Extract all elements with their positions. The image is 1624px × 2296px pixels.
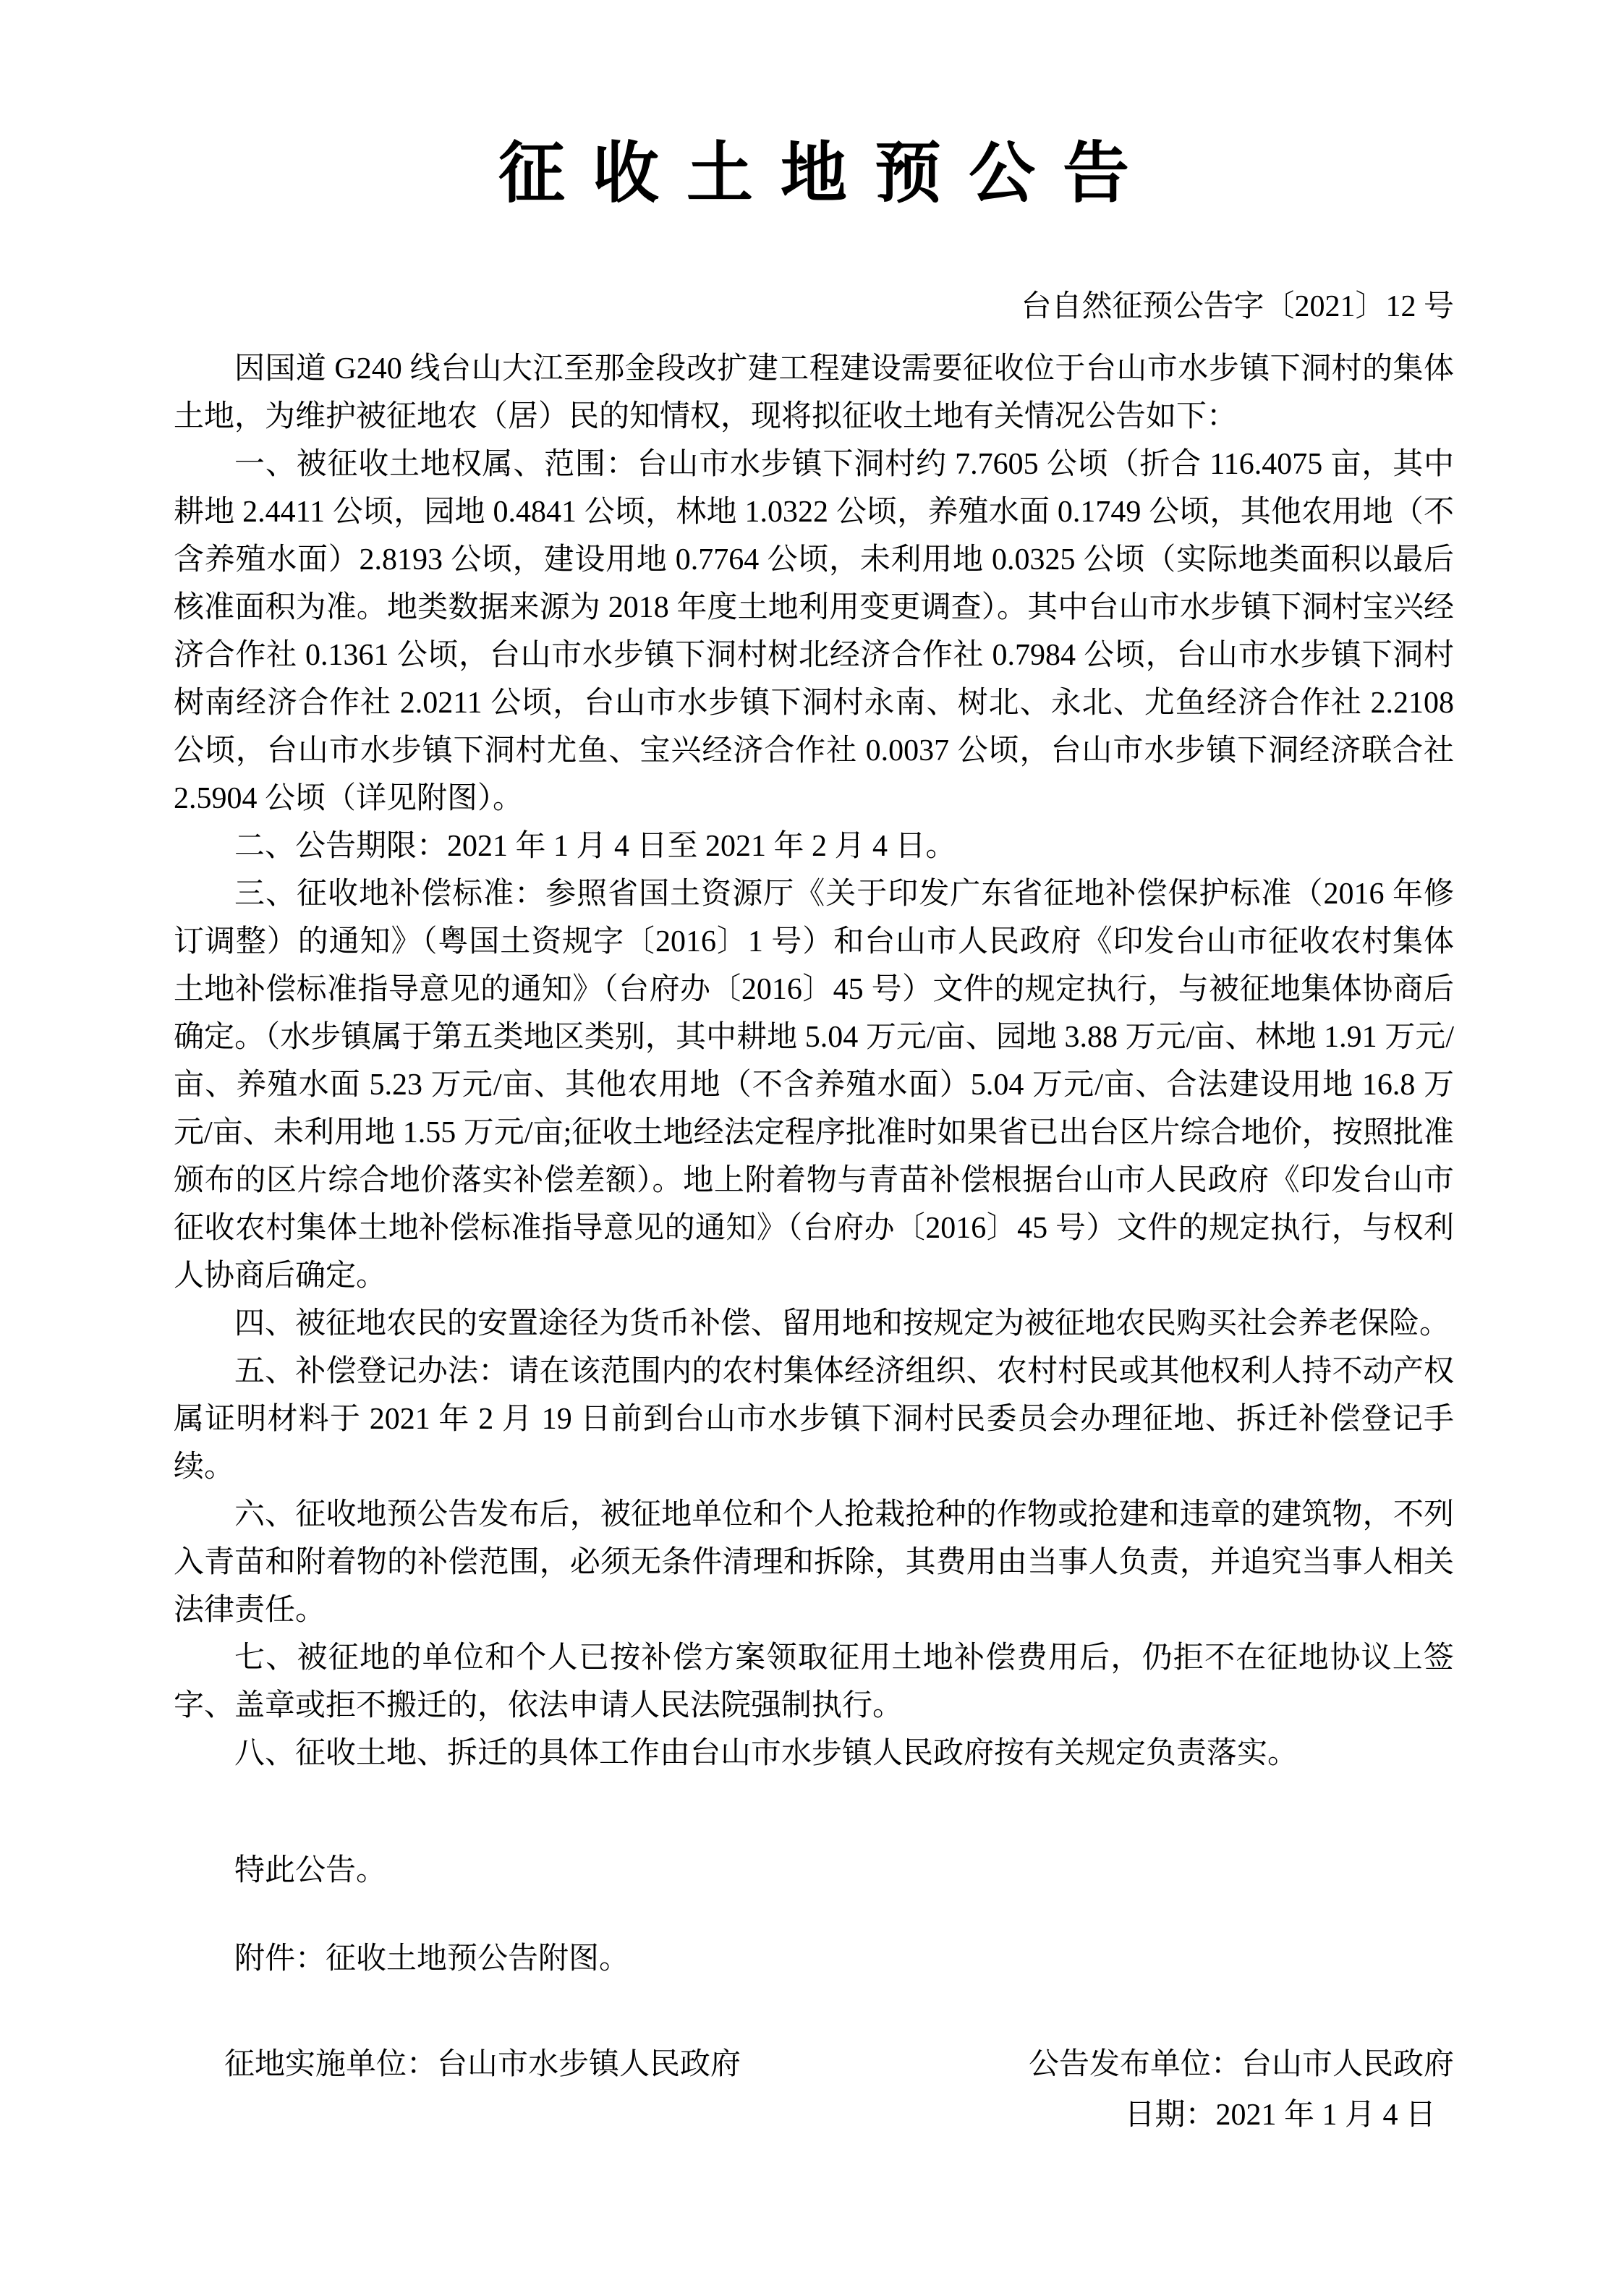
paragraph-item-2: 二、公告期限：2021 年 1 月 4 日至 2021 年 2 月 4 日。	[174, 822, 1454, 870]
attachment-note: 附件：征收土地预公告附图。	[174, 1935, 1454, 1983]
publish-unit: 公告发布单位：台山市人民政府	[1029, 2041, 1454, 2088]
paragraph-item-7: 七、被征地的单位和个人已按补偿方案领取征用土地补偿费用后，仍拒不在征地协议上签字…	[174, 1634, 1454, 1730]
doc-number: 台自然征预公告字〔2021〕12 号	[174, 290, 1454, 323]
announcement-page: 征收土地预公告 台自然征预公告字〔2021〕12 号 因国道 G240 线台山大…	[0, 0, 1624, 2296]
footer: 征地实施单位：台山市水步镇人民政府 公告发布单位：台山市人民政府	[174, 2041, 1454, 2088]
announcement-body: 因国道 G240 线台山大江至那金段改扩建工程建设需要征收位于台山市水步镇下洞村…	[174, 345, 1454, 1983]
paragraph-item-5: 五、补偿登记办法：请在该范围内的农村集体经济组织、农村村民或其他权利人持不动产权…	[174, 1348, 1454, 1491]
announcement-content: 征收土地预公告 台自然征预公告字〔2021〕12 号 因国道 G240 线台山大…	[0, 0, 1624, 2139]
page-title: 征收土地预公告	[174, 0, 1454, 209]
closing-statement: 特此公告。	[174, 1847, 1454, 1895]
paragraph-item-6: 六、征收地预公告发布后，被征地单位和个人抢栽抢种的作物或抢建和违章的建筑物，不列…	[174, 1491, 1454, 1634]
paragraph-item-3: 三、征收地补偿标准：参照省国土资源厅《关于印发广东省征地补偿保护标准（2016 …	[174, 870, 1454, 1300]
paragraph-item-1: 一、被征收土地权属、范围：台山市水步镇下洞村约 7.7605 公顷（折合 116…	[174, 441, 1454, 822]
implement-unit: 征地实施单位：台山市水步镇人民政府	[174, 2041, 741, 2088]
publish-date: 日期：2021 年 1 月 4 日	[174, 2091, 1454, 2139]
paragraph-item-4: 四、被征地农民的安置途径为货币补偿、留用地和按规定为被征地农民购买社会养老保险。	[174, 1300, 1454, 1348]
paragraph-intro: 因国道 G240 线台山大江至那金段改扩建工程建设需要征收位于台山市水步镇下洞村…	[174, 345, 1454, 441]
paragraph-item-8: 八、征收土地、拆迁的具体工作由台山市水步镇人民政府按有关规定负责落实。	[174, 1730, 1454, 1777]
